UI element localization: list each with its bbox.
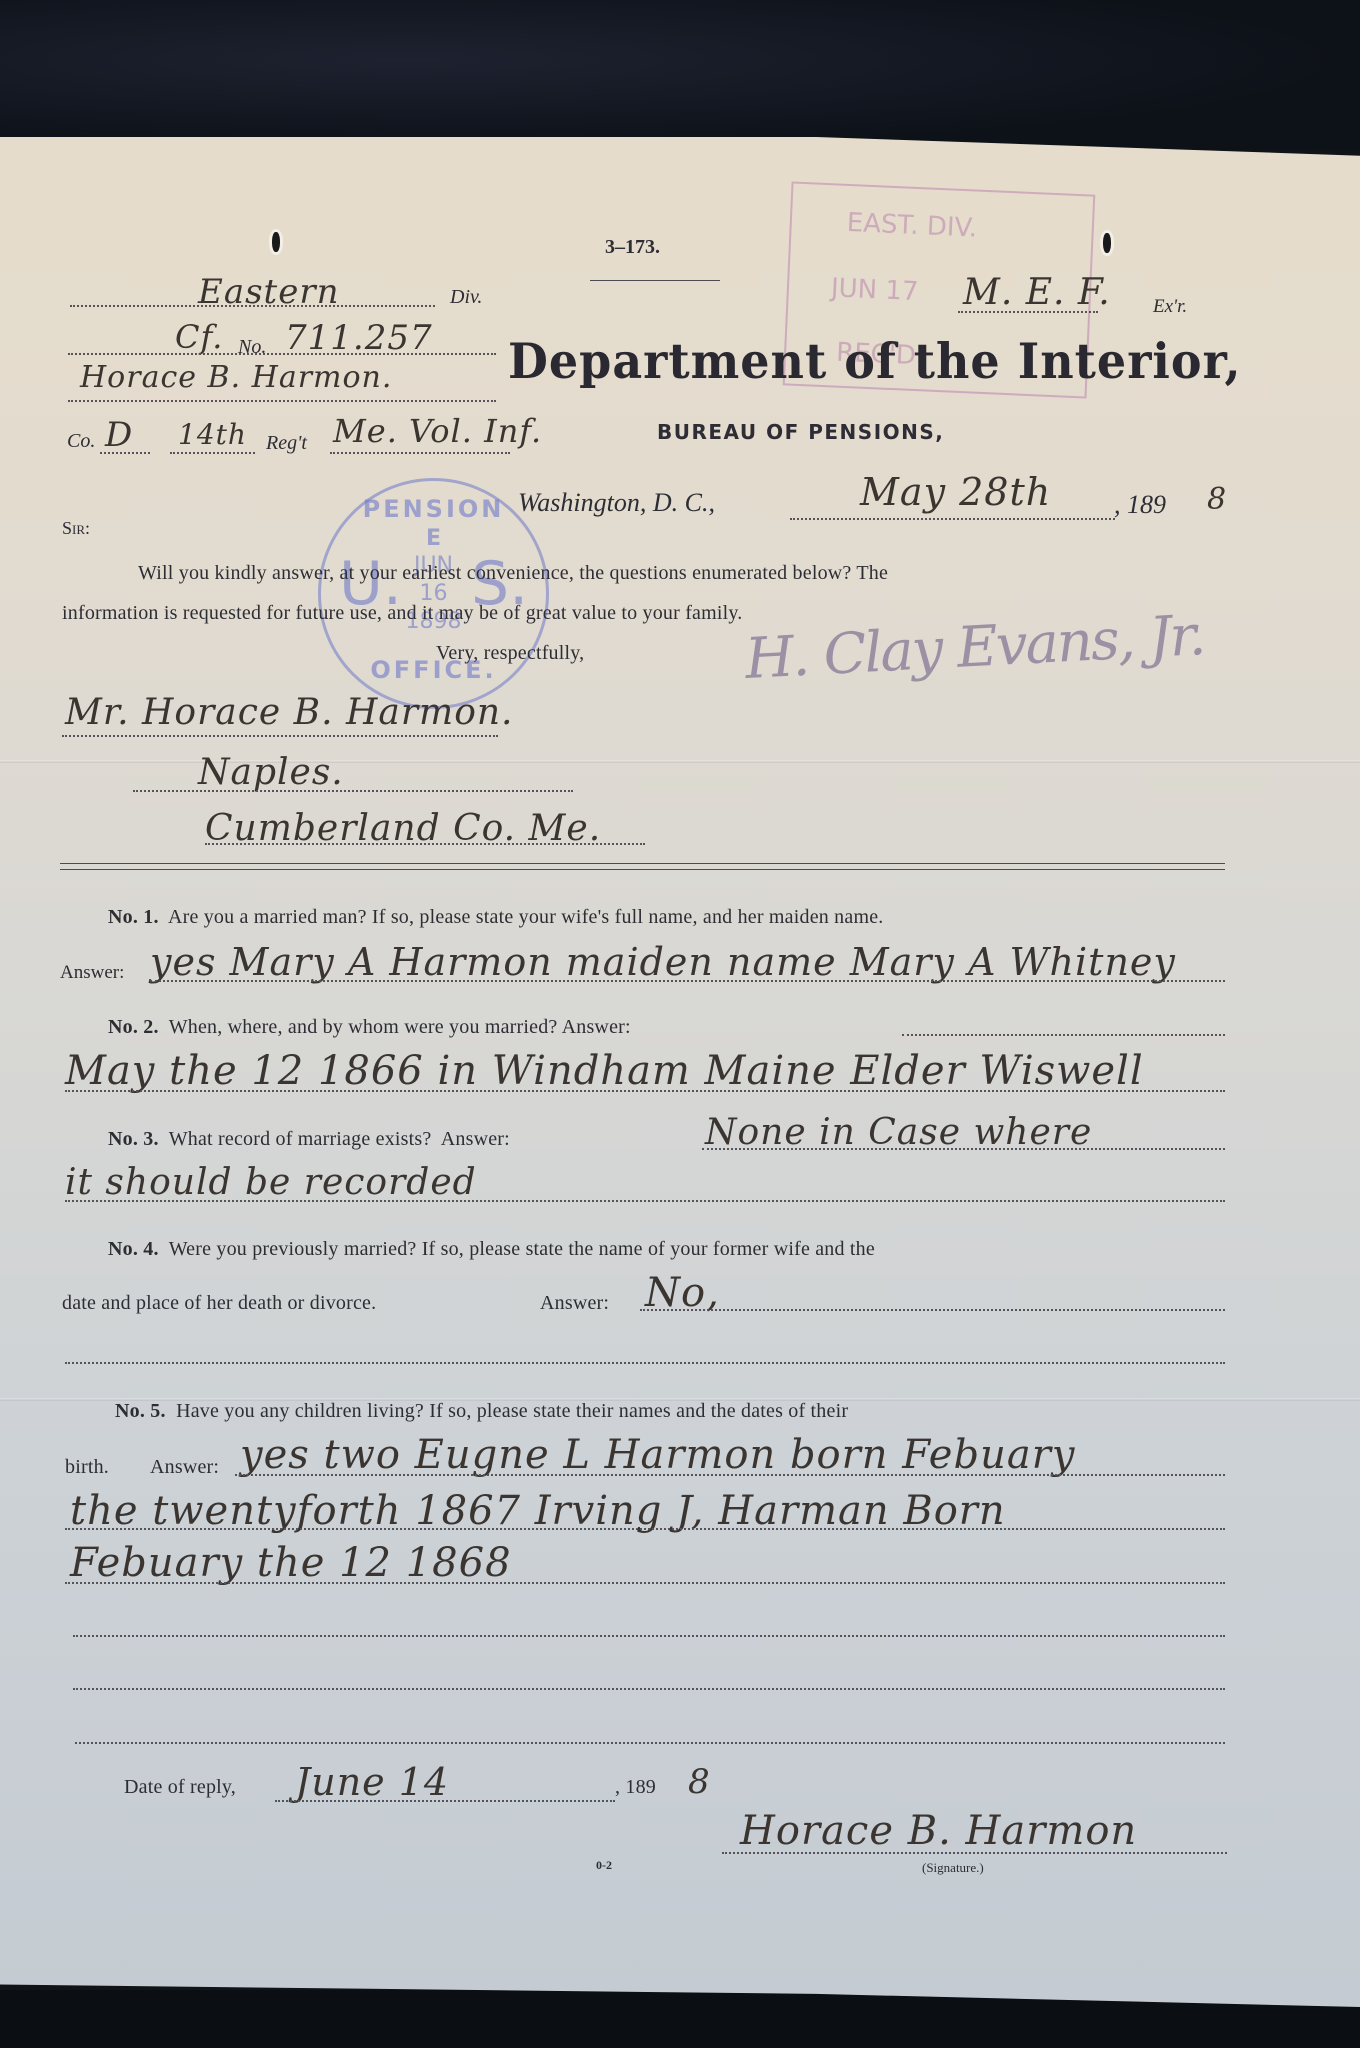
- regiment-unit: Me. Vol. Inf.: [333, 412, 542, 450]
- department-title: Department of the Interior,: [508, 333, 1242, 390]
- question-2-answer-line-a: [902, 1034, 1225, 1036]
- claim-no-label: No.: [238, 336, 266, 359]
- question-3-number: No. 3.: [108, 1128, 159, 1150]
- date-value: May 28th: [860, 470, 1051, 514]
- reply-date-label: Date of reply,: [124, 1776, 236, 1799]
- question-3-answer-label: Answer:: [441, 1128, 510, 1150]
- stamp-east-div: EAST. DIV.: [846, 208, 978, 244]
- claim-no-line: [68, 353, 496, 355]
- question-3-answer-line-1: None in Case where: [705, 1112, 1092, 1153]
- claim-no-value: 711.257: [285, 318, 433, 358]
- year-suffix: 8: [1207, 482, 1227, 517]
- year-prefix: , 189: [1114, 490, 1166, 520]
- stamp-pension: PENSION: [321, 495, 546, 523]
- divider-rule-1: [60, 863, 1225, 864]
- dark-backdrop-top: [0, 0, 1360, 150]
- regiment-no-line: [170, 452, 255, 454]
- question-1-number: No. 1.: [108, 906, 159, 928]
- regiment-label: Reg't: [266, 432, 307, 455]
- date-line: [790, 518, 1115, 520]
- signature-line: [722, 1852, 1227, 1854]
- reply-year-suffix: 8: [688, 1762, 711, 1802]
- question-5-answer-label: Answer:: [150, 1456, 219, 1479]
- co-value: D: [105, 415, 133, 455]
- addressee-name-line: [62, 735, 498, 737]
- signature-label: (Signature.): [922, 1860, 984, 1876]
- question-2-number: No. 2.: [108, 1016, 159, 1038]
- question-4: No. 4. Were you previously married? If s…: [108, 1238, 875, 1261]
- question-5-answer-rule-5: [73, 1688, 1225, 1690]
- question-4-text-2: date and place of her death or divorce.: [62, 1292, 376, 1315]
- divider-rule-2: [60, 869, 1225, 870]
- stamp-mark: E: [321, 526, 546, 551]
- question-2-text: When, where, and by whom were you marrie…: [169, 1016, 631, 1038]
- reply-year-prefix: , 189: [615, 1776, 656, 1799]
- bureau-title: BUREAU OF PENSIONS,: [657, 420, 944, 444]
- letter-body-line-1: Will you kindly answer, at your earliest…: [138, 562, 888, 585]
- co-line: [100, 452, 150, 454]
- reply-date-line: [275, 1800, 615, 1802]
- stamp-date: JUN 17: [830, 273, 919, 307]
- question-4-text: Were you previously married? If so, plea…: [169, 1238, 875, 1260]
- question-5-number: No. 5.: [115, 1400, 166, 1422]
- question-4-number: No. 4.: [108, 1238, 159, 1260]
- regiment-value: 14th: [178, 418, 247, 451]
- examiner-value: M. E. F.: [963, 272, 1111, 313]
- pension-office-stamp: PENSION E JUN 16 1898 U. S. OFFICE.: [318, 478, 549, 709]
- claim-prefix: Cf.: [175, 318, 223, 356]
- place-label: Washington, D. C.,: [518, 488, 715, 518]
- question-5-answer-line-3: Febuary the 12 1868: [70, 1540, 512, 1586]
- form-footer-code: 0-2: [596, 1858, 612, 1873]
- question-3: No. 3. What record of marriage exists? A…: [108, 1128, 510, 1151]
- question-4-answer-rule-2: [65, 1362, 1225, 1364]
- punch-hole-left: [272, 232, 280, 252]
- question-5-answer-rule-3: [65, 1582, 1225, 1584]
- addressee-name: Mr. Horace B. Harmon.: [65, 692, 514, 733]
- addressee-town: Naples.: [198, 752, 344, 793]
- addressee-town-line: [133, 790, 573, 792]
- examiner-label: Ex'r.: [1153, 296, 1187, 318]
- question-1-answer-line: [150, 980, 1225, 982]
- regiment-unit-line: [330, 452, 510, 454]
- examiner-line: [958, 311, 1098, 313]
- question-1-answer: yes Mary A Harmon maiden name Mary A Whi…: [150, 940, 1176, 984]
- question-5-answer-rule-4: [73, 1635, 1225, 1637]
- question-4-answer-rule-1: [640, 1309, 1225, 1311]
- question-1-answer-label: Answer:: [60, 962, 124, 984]
- addressee-county-line: [205, 843, 645, 845]
- question-4-answer-label: Answer:: [540, 1292, 609, 1315]
- form-number-rule: [590, 280, 720, 281]
- salutation: Sir:: [62, 518, 90, 539]
- question-5-answer-rule-6: [75, 1742, 1225, 1744]
- question-5-text: Have you any children living? If so, ple…: [176, 1400, 848, 1422]
- punch-hole-right: [1103, 233, 1111, 253]
- claimant-name-line: [68, 400, 496, 402]
- question-5-text-2: birth.: [65, 1456, 109, 1479]
- question-2: No. 2. When, where, and by whom were you…: [108, 1016, 631, 1039]
- question-3-answer-line-2: it should be recorded: [65, 1162, 477, 1203]
- division-line: [70, 305, 435, 307]
- letter-closing: Very, respectfully,: [436, 642, 584, 665]
- claimant-name: Horace B. Harmon.: [80, 360, 392, 395]
- co-label: Co.: [67, 430, 95, 453]
- question-3-answer-rule-2: [65, 1200, 1225, 1202]
- question-3-text: What record of marriage exists?: [169, 1128, 432, 1150]
- question-5-answer-rule-2: [65, 1528, 1225, 1530]
- claimant-signature: Horace B. Harmon: [740, 1808, 1137, 1854]
- question-1: No. 1. Are you a married man? If so, ple…: [108, 906, 884, 929]
- question-2-answer-line-b: [65, 1090, 1225, 1092]
- question-3-answer-rule-1: [702, 1148, 1225, 1150]
- question-5-answer-line-1: yes two Eugne L Harmon born Febuary: [240, 1432, 1075, 1478]
- question-5-answer-rule-1: [235, 1474, 1225, 1476]
- division-label: Div.: [450, 286, 482, 309]
- reply-date-value: June 14: [295, 1760, 449, 1804]
- question-5: No. 5. Have you any children living? If …: [115, 1400, 848, 1423]
- question-2-answer: May the 12 1866 in Windham Maine Elder W…: [65, 1048, 1144, 1094]
- question-1-text: Are you a married man? If so, please sta…: [168, 906, 884, 928]
- letter-body-line-2: information is requested for future use,…: [62, 602, 743, 625]
- form-number: 3–173.: [605, 236, 660, 259]
